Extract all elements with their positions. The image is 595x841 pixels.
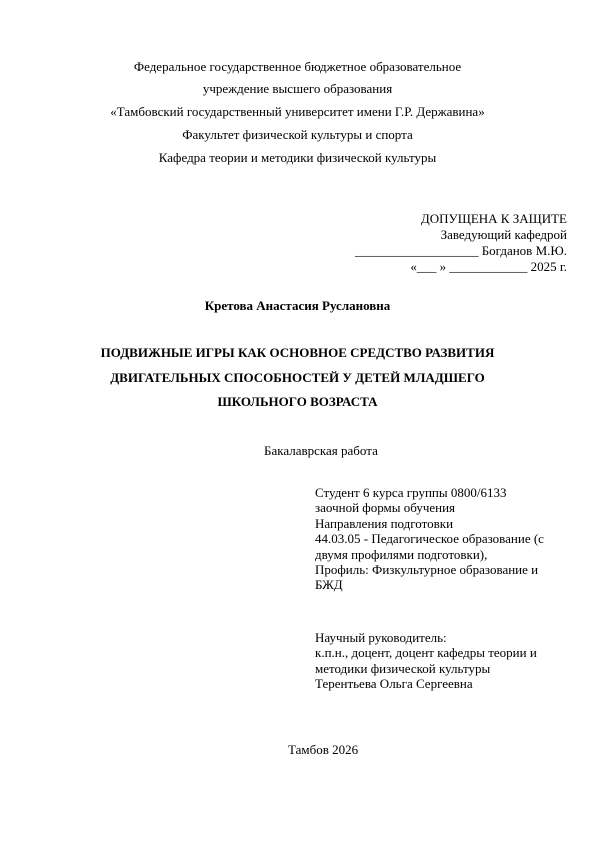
supervisor-info: Научный руководитель: к.п.н., доцент, до… [315,630,537,692]
author-name: Кретова Анастасия Руслановна [0,298,595,314]
student-info-line: Студент 6 курса группы 0800/6133 [315,485,544,500]
work-type: Бакалаврская работа [264,443,378,459]
student-info-line: 44.03.05 - Педагогическое образование (с [315,531,544,546]
approval-title: ДОПУЩЕНА К ЗАЩИТЕ [421,211,567,227]
header-line-university: «Тамбовский государственный университет … [0,104,595,119]
approval-signature-line: ___________________ Богданов М.Ю. [355,243,567,259]
header-line-federal: Федеральное государственное бюджетное об… [0,59,595,74]
student-info-line: БЖД [315,577,544,592]
thesis-title-line-2: ДВИГАТЕЛЬНЫХ СПОСОБНОСТЕЙ У ДЕТЕЙ МЛАДШЕ… [0,370,595,386]
student-info: Студент 6 курса группы 0800/6133 заочной… [315,485,544,593]
header-line-faculty: Факультет физической культуры и спорта [0,127,595,142]
student-info-line: Профиль: Физкультурное образование и [315,562,544,577]
supervisor-info-line: к.п.н., доцент, доцент кафедры теории и [315,645,537,660]
header-line-department: Кафедра теории и методики физической кул… [0,150,595,165]
thesis-title-line-1: ПОДВИЖНЫЕ ИГРЫ КАК ОСНОВНОЕ СРЕДСТВО РАЗ… [0,345,595,361]
supervisor-info-line: Научный руководитель: [315,630,537,645]
student-info-line: Направления подготовки [315,516,544,531]
student-info-line: заочной формы обучения [315,500,544,515]
header-line-institution: учреждение высшего образования [0,81,595,96]
approval-date-line: «___ » ____________ 2025 г. [410,259,567,275]
student-info-line: двумя профилями подготовки), [315,547,544,562]
thesis-title-line-3: ШКОЛЬНОГО ВОЗРАСТА [0,394,595,410]
supervisor-info-line: Терентьева Ольга Сергеевна [315,676,537,691]
approval-role: Заведующий кафедрой [441,227,567,243]
footer-city-year: Тамбов 2026 [288,742,358,758]
supervisor-info-line: методики физической культуры [315,661,537,676]
